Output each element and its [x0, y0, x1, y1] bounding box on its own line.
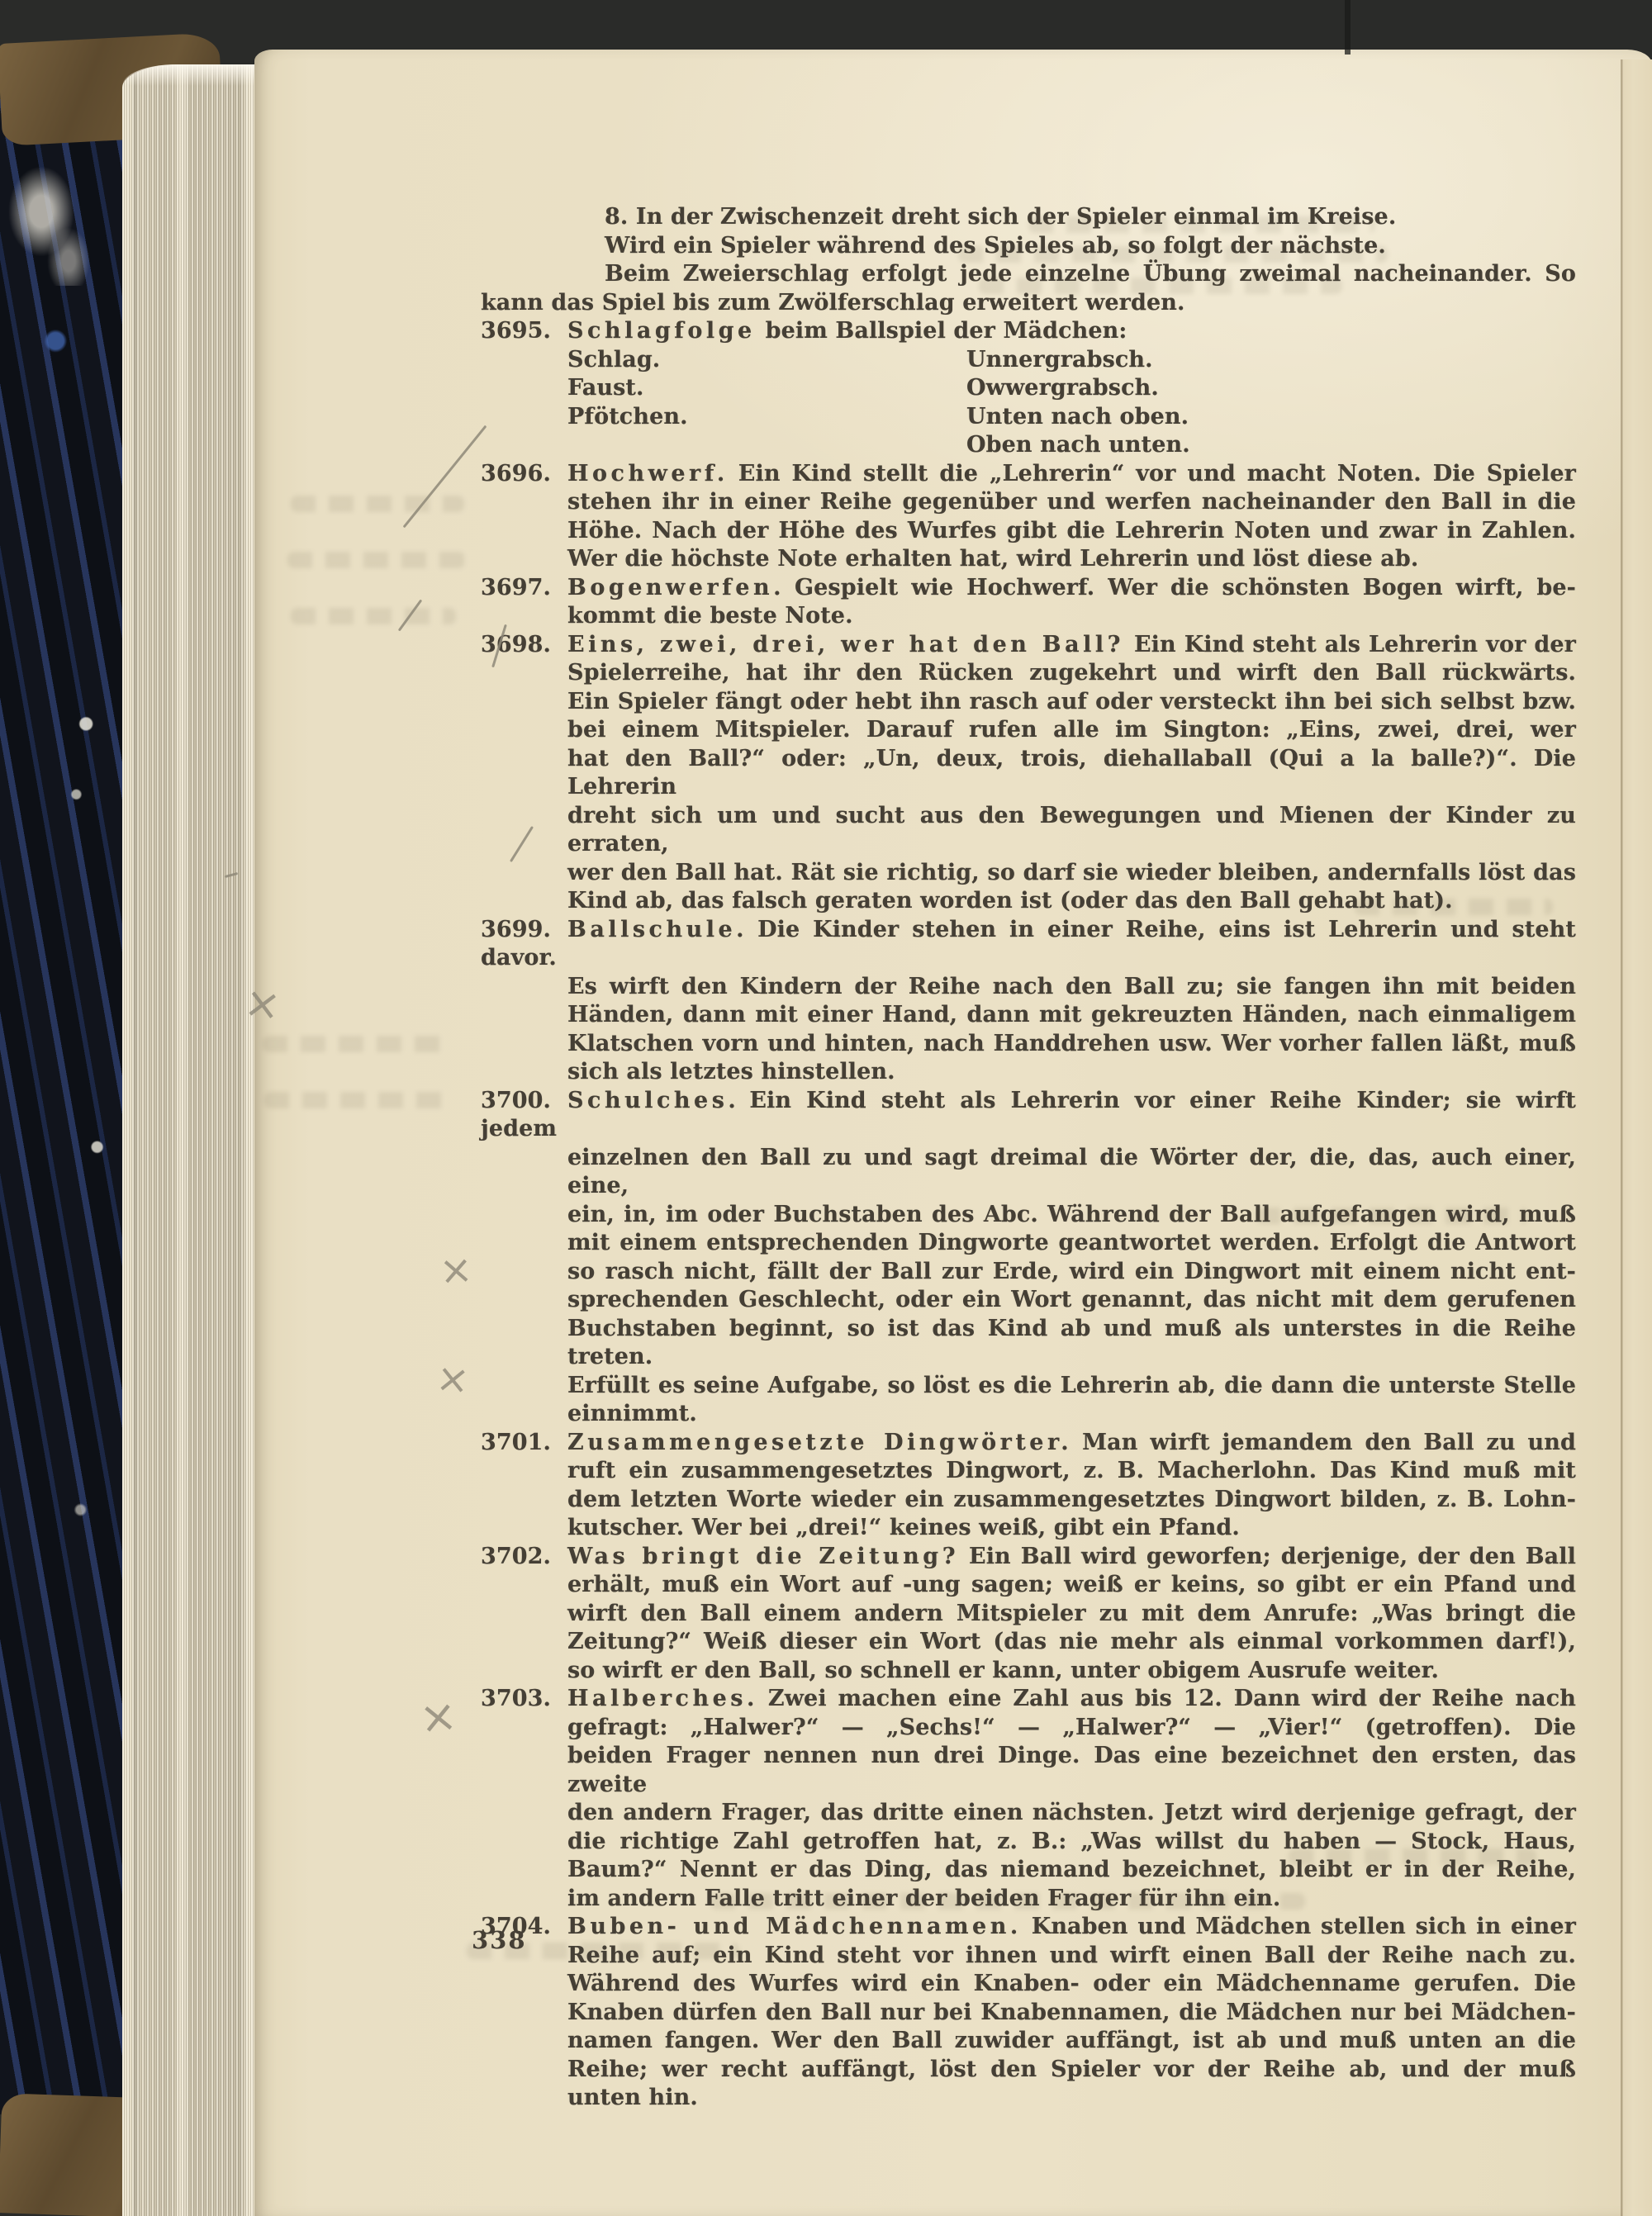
- text-line: Höhe. Nach der Höhe des Wurfes gibt die …: [481, 517, 1576, 546]
- text-line: Buchstaben beginnt, so ist das Kind ab u…: [481, 1315, 1576, 1372]
- text-line: 3699.Ballschule.Die Kinder stehen in ein…: [481, 916, 1576, 973]
- text-line: kann das Spiel bis zum Zwölferschlag erw…: [481, 289, 1576, 318]
- entry-title: Halberches.: [567, 1686, 758, 1711]
- text-line: Wer die höchste Note erhalten hat, wird …: [481, 545, 1576, 574]
- text-line: beiden Frager nennen nun drei Dinge. Das…: [481, 1742, 1576, 1799]
- page-fold-right: [1621, 59, 1652, 2216]
- entry-text: Ein Ball wird geworfen; derjenige, der d…: [969, 1544, 1576, 1569]
- text-line: kommt die beste Note.: [481, 602, 1576, 631]
- entry: 3697.Bogenwerfen.Gespielt wie Hochwerf. …: [481, 574, 1576, 631]
- text-line: Klatschen vorn und hinten, nach Handdreh…: [481, 1030, 1576, 1059]
- text-line: ruft ein zusammengesetztes Dingwort, z. …: [481, 1457, 1576, 1486]
- table-cell-direction: Owwergrabsch.: [966, 375, 1159, 401]
- text-line: 3695.Schlagfolgebeim Ballspiel der Mädch…: [481, 317, 1576, 346]
- entry-text: Ein Kind stellt die „Lehrerin“ vor und m…: [738, 461, 1576, 486]
- entry: 3696.Hochwerf.Ein Kind stellt die „Lehre…: [481, 460, 1576, 574]
- table-cell-stroke: Schlag.: [567, 346, 966, 375]
- entry-number: 3699.: [481, 916, 567, 945]
- table-row: Oben nach unten.: [481, 431, 1576, 460]
- text-line: wer den Ball hat. Rät sie richtig, so da…: [481, 859, 1576, 888]
- text-line: Erfüllt es seine Aufgabe, so löst es die…: [481, 1372, 1576, 1401]
- entry-title: Zusammengesetzte Dingwörter.: [567, 1430, 1072, 1455]
- entry-number: 3697.: [481, 574, 567, 603]
- text-line: 3697.Bogenwerfen.Gespielt wie Hochwerf. …: [481, 574, 1576, 603]
- text-line: Reihe auf; ein Kind steht vor ihnen und …: [481, 1942, 1576, 1971]
- ghost-showthrough: [291, 608, 456, 624]
- text-line: gefragt: „Halwer?“ — „Sechs!“ — „Halwer?…: [481, 1714, 1576, 1743]
- text-line: Spielerreihe, hat ihr den Rücken zugekeh…: [481, 659, 1576, 688]
- entry-text: beim Ballspiel der Mädchen:: [766, 318, 1127, 344]
- table-row: Pfötchen.Unten nach oben.: [481, 403, 1576, 432]
- marble-vein: [5, 162, 96, 286]
- text-line: bei einem Mitspieler. Darauf rufen alle …: [481, 716, 1576, 745]
- pencil-cross-mark: ×: [417, 1693, 459, 1741]
- text-line: 3698.Eins, zwei, drei, wer hat den Ball?…: [481, 631, 1576, 660]
- entry-title: Was bringt die Zeitung?: [567, 1544, 959, 1569]
- table-row: Schlag.Unnergrabsch.: [481, 346, 1576, 375]
- entry-title: Schlagfolge: [567, 318, 756, 344]
- text-line: 3703.Halberches.Zwei machen eine Zahl au…: [481, 1685, 1576, 1714]
- ghost-showthrough: [264, 1092, 446, 1108]
- table-cell-direction: Unten nach oben.: [966, 404, 1189, 429]
- entry-number: 3701.: [481, 1429, 567, 1458]
- table-row: Faust.Owwergrabsch.: [481, 374, 1576, 403]
- entry-title: Ballschule.: [567, 917, 748, 942]
- text-line: ein, in, im oder Buchstaben des Abc. Wäh…: [481, 1201, 1576, 1230]
- text-line: dem letzten Worte wieder ein zusammenges…: [481, 1486, 1576, 1515]
- text-line: einnimmt.: [481, 1400, 1576, 1429]
- ghost-showthrough: [291, 496, 464, 512]
- text-line: dreht sich um und sucht aus den Bewegung…: [481, 802, 1576, 859]
- text-line: so wirft er den Ball, so schnell er kann…: [481, 1657, 1576, 1686]
- entry-number: 3698.: [481, 631, 567, 660]
- entry: 3701.Zusammengesetzte Dingwörter.Man wir…: [481, 1429, 1576, 1543]
- entry-text: Knaben und Mädchen stellen sich in einer: [1032, 1914, 1576, 1939]
- entry-title: Hochwerf.: [567, 461, 729, 486]
- text-line: Es wirft den Kindern der Reihe nach den …: [481, 973, 1576, 1002]
- text-line: erhält, muß ein Wort auf -ung sagen; wei…: [481, 1571, 1576, 1600]
- text-line: sich als letztes hinstellen.: [481, 1058, 1576, 1087]
- entry-title: Buben- und Mädchennamen.: [567, 1914, 1022, 1939]
- text-line: 3700.Schulches.Ein Kind steht als Lehrer…: [481, 1087, 1576, 1144]
- text-line: kutscher. Wer bei „drei!“ keines weiß, g…: [481, 1514, 1576, 1543]
- ghost-showthrough: [287, 552, 465, 568]
- text-line: stehen ihr in einer Reihe gegenüber und …: [481, 488, 1576, 517]
- pencil-cross-mark: ×: [242, 980, 283, 1028]
- entry-number: 3703.: [481, 1685, 567, 1714]
- text-line: die richtige Zahl getroffen hat, z. B.: …: [481, 1828, 1576, 1857]
- text-line: so rasch nicht, fällt der Ball zur Erde,…: [481, 1258, 1576, 1287]
- text-line: namen fangen. Wer den Ball zuwider auffä…: [481, 2027, 1576, 2056]
- intro-paragraph: 8. In der Zwischenzeit dreht sich der Sp…: [481, 203, 1576, 317]
- pencil-cross-mark: ×: [438, 1250, 473, 1292]
- entry-text: Ein Kind steht als Lehrerin vor der: [1134, 632, 1576, 657]
- text-line: Beim Zweierschlag erfolgt jede einzelne …: [481, 260, 1576, 289]
- text-line: sprechenden Geschlecht, oder ein Wort ge…: [481, 1286, 1576, 1315]
- text-line: 3702.Was bringt die Zeitung?Ein Ball wir…: [481, 1543, 1576, 1572]
- scanner-background-seam: [1345, 0, 1351, 55]
- page-number: 338: [472, 1926, 527, 1954]
- entries-list: 3695.Schlagfolgebeim Ballspiel der Mädch…: [481, 317, 1576, 2113]
- text-line: mit einem entsprechenden Dingworte geant…: [481, 1229, 1576, 1258]
- text-line: wirft den Ball einem andern Mitspieler z…: [481, 1600, 1576, 1629]
- entry-title: Bogenwerfen.: [567, 575, 785, 600]
- entry: 3704.Buben- und Mädchennamen.Knaben und …: [481, 1913, 1576, 2113]
- book-cover-marbled-edge: [0, 99, 139, 2114]
- entry: 3703.Halberches.Zwei machen eine Zahl au…: [481, 1685, 1576, 1913]
- text-line: 3696.Hochwerf.Ein Kind stellt die „Lehre…: [481, 460, 1576, 489]
- entry-number: 3696.: [481, 460, 567, 489]
- text-line: hat den Ball?“ oder: „Un, deux, trois, d…: [481, 745, 1576, 802]
- text-line: Baum?“ Nennt er das Ding, das niemand be…: [481, 1856, 1576, 1885]
- entry: 3699.Ballschule.Die Kinder stehen in ein…: [481, 916, 1576, 1087]
- text-line: unten hin.: [481, 2084, 1576, 2113]
- text-line: Händen, dann mit einer Hand, dann mit ge…: [481, 1001, 1576, 1030]
- text-line: Während des Wurfes wird ein Knaben- oder…: [481, 1970, 1576, 1999]
- entry-number: 3702.: [481, 1543, 567, 1572]
- text-line: Kind ab, das falsch geraten worden ist (…: [481, 887, 1576, 916]
- text-line: Zeitung?“ Weiß dieser ein Wort (das nie …: [481, 1628, 1576, 1657]
- text-line: Wird ein Spieler während des Spieles ab,…: [481, 232, 1576, 261]
- entry: 3700.Schulches.Ein Kind steht als Lehrer…: [481, 1087, 1576, 1429]
- entry-number: 3700.: [481, 1087, 567, 1116]
- text-line: Ein Spieler fängt oder hebt ihn rasch au…: [481, 688, 1576, 717]
- text-line: 3704.Buben- und Mädchennamen.Knaben und …: [481, 1913, 1576, 1942]
- entry-title: Schulches.: [567, 1088, 739, 1113]
- entry-text: Zwei machen eine Zahl aus bis 12. Dann w…: [768, 1686, 1576, 1711]
- text-line: 8. In der Zwischenzeit dreht sich der Sp…: [481, 203, 1576, 232]
- text-line: den andern Frager, das dritte einen näch…: [481, 1799, 1576, 1828]
- table-cell-stroke: Pfötchen.: [567, 403, 966, 432]
- text-line: 3701.Zusammengesetzte Dingwörter.Man wir…: [481, 1429, 1576, 1458]
- scanned-book-page: 8. In der Zwischenzeit dreht sich der Sp…: [0, 0, 1652, 2216]
- table-cell-stroke: Faust.: [567, 374, 966, 403]
- entry: 3698.Eins, zwei, drei, wer hat den Ball?…: [481, 631, 1576, 916]
- text-column: 8. In der Zwischenzeit dreht sich der Sp…: [481, 203, 1576, 2113]
- entry: 3702.Was bringt die Zeitung?Ein Ball wir…: [481, 1543, 1576, 1686]
- ghost-showthrough: [263, 1036, 453, 1052]
- text-line: einzelnen den Ball zu und sagt dreimal d…: [481, 1144, 1576, 1201]
- text-line: Reihe; wer recht auffängt, löst den Spie…: [481, 2056, 1576, 2085]
- text-line: Knaben dürfen den Ball nur bei Knabennam…: [481, 1999, 1576, 2028]
- entry-number: 3695.: [481, 317, 567, 346]
- entry-text: Gespielt wie Hochwerf. Wer die schönsten…: [795, 575, 1576, 600]
- table-cell-direction: Unnergrabsch.: [966, 347, 1153, 372]
- table-cell-direction: Oben nach unten.: [966, 432, 1190, 458]
- entry: 3695.Schlagfolgebeim Ballspiel der Mädch…: [481, 317, 1576, 460]
- entry-text: Man wirft jemandem den Ball zu und: [1082, 1430, 1576, 1455]
- page-edge-stack: [122, 64, 261, 2216]
- entry-title: Eins, zwei, drei, wer hat den Ball?: [567, 632, 1124, 657]
- text-line: im andern Falle tritt einer der beiden F…: [481, 1885, 1576, 1914]
- pencil-cross-mark: ×: [434, 1358, 472, 1401]
